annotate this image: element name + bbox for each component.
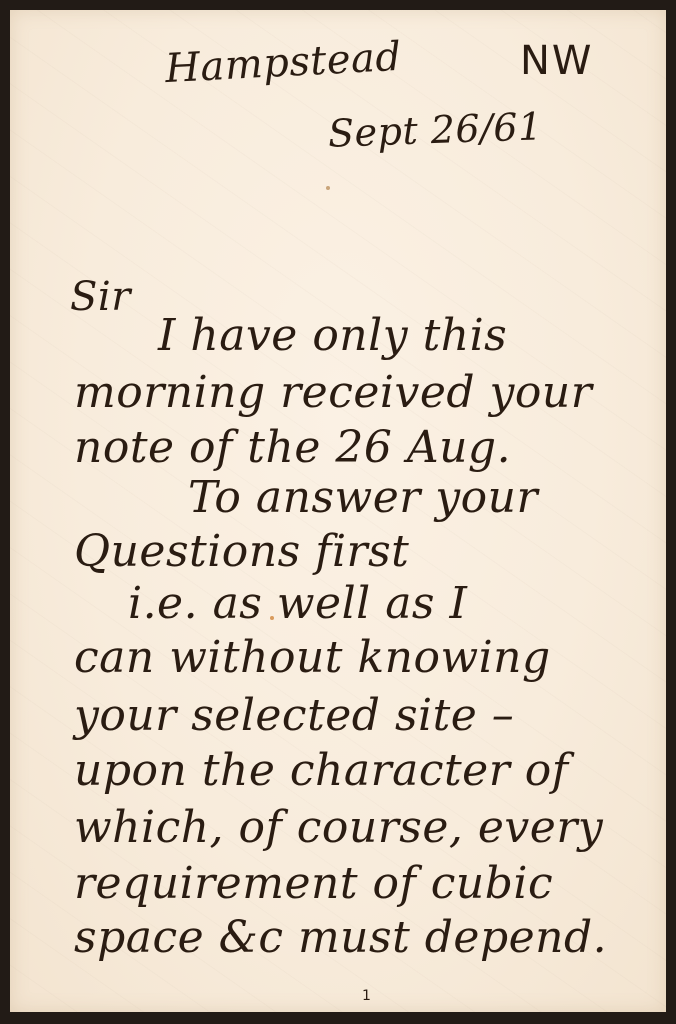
body-line: i.e. as well as I bbox=[128, 578, 467, 629]
letter-place: Hampstead bbox=[164, 34, 403, 92]
body-line: upon the character of bbox=[74, 745, 569, 796]
letter-page: Hampstead NW Sept 26/61 Sir I have only … bbox=[10, 10, 666, 1012]
body-line: requirement of cubic bbox=[74, 858, 553, 909]
page-number: 1 bbox=[362, 988, 371, 1004]
body-line: Questions first bbox=[74, 526, 409, 577]
body-line: can without knowing bbox=[74, 632, 551, 683]
salutation: Sir bbox=[70, 274, 131, 320]
body-line: note of the 26 Aug. bbox=[74, 422, 511, 473]
body-line: which, of course, every bbox=[74, 802, 603, 853]
letter-date: Sept 26/61 bbox=[327, 104, 543, 155]
body-line: morning received your bbox=[74, 367, 592, 418]
body-line: your selected site – bbox=[74, 690, 514, 741]
scan-border: Hampstead NW Sept 26/61 Sir I have only … bbox=[0, 0, 676, 1024]
paper-stain bbox=[326, 186, 330, 190]
postal-district: NW bbox=[520, 38, 593, 84]
body-line: To answer your bbox=[188, 472, 538, 523]
body-line: space &c must depend. bbox=[74, 912, 607, 963]
body-line: I have only this bbox=[158, 310, 507, 361]
